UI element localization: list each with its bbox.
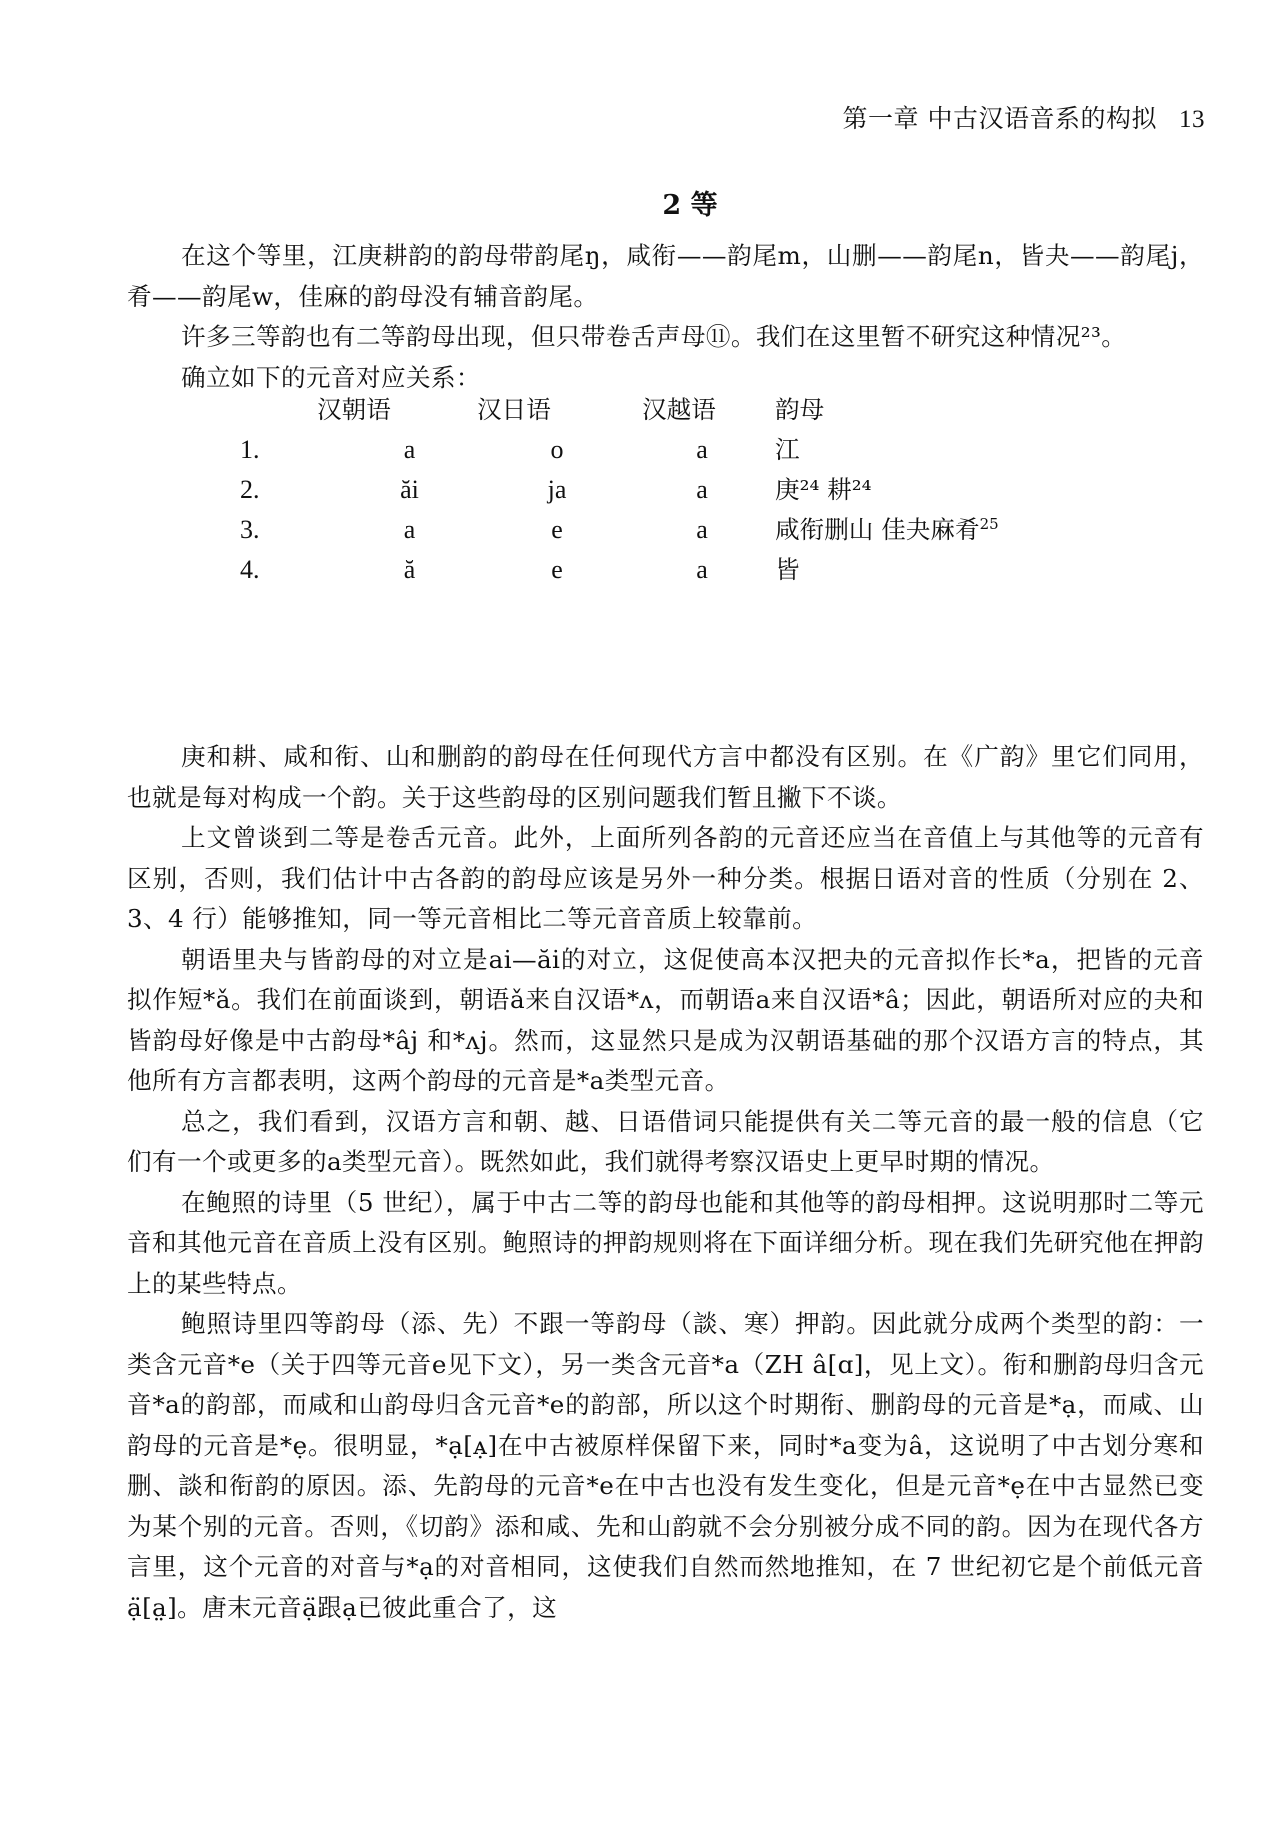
sino-vietnamese-cell: a [637, 470, 767, 510]
sino-japanese-cell: o [492, 430, 622, 470]
sino-japanese-cell: ja [492, 470, 622, 510]
table-row: 4. ă e a 皆 [127, 550, 1204, 590]
row-number: 3. [240, 510, 260, 550]
paragraph: 鲍照诗里四等韵母（添、先）不跟一等韵母（談、寒）押韵。因此就分成两个类型的韵：一… [127, 1304, 1204, 1628]
table-header-row: 汉朝语 汉日语 汉越语 韵母 [127, 390, 1204, 430]
sino-vietnamese-cell: a [637, 550, 767, 590]
sino-vietnamese-cell: a [637, 430, 767, 470]
paragraph: 庚和耕、咸和衔、山和删韵的韵母在任何现代方言中都没有区别。在《广韵》里它们同用，… [127, 737, 1204, 818]
sino-korean-cell: a [352, 510, 467, 550]
sino-korean-cell: ă [352, 550, 467, 590]
chapter-title: 第一章 中古汉语音系的构拟 [843, 104, 1157, 133]
section-title: 2 等 [0, 190, 1280, 222]
rhymes-cell: 庚²⁴ 耕²⁴ [775, 470, 871, 510]
main-paragraphs: 庚和耕、咸和衔、山和删韵的韵母在任何现代方言中都没有区别。在《广韵》里它们同用，… [127, 737, 1204, 1628]
row-number: 1. [240, 430, 260, 470]
column-header: 汉日语 [477, 390, 607, 430]
sino-vietnamese-cell: a [637, 510, 767, 550]
paragraph: 在这个等里，江庚耕韵的韵母带韵尾ŋ，咸衔——韵尾m，山删——韵尾n，皆夬——韵尾… [127, 236, 1204, 317]
row-number: 2. [240, 470, 260, 510]
paragraph: 朝语里夬与皆韵母的对立是ai—ăi的对立，这促使高本汉把夬的元音拟作长*a，把皆… [127, 940, 1204, 1102]
paragraph: 许多三等韵也有二等韵母出现，但只带卷舌声母⑪。我们在这里暂不研究这种情况²³。 [127, 317, 1204, 358]
paragraph: 上文曾谈到二等是卷舌元音。此外，上面所列各韵的元音还应当在音值上与其他等的元音有… [127, 818, 1204, 940]
rhymes-cell: 皆 [775, 550, 800, 590]
row-number: 4. [240, 550, 260, 590]
rhymes-cell: 咸衔删山 佳夬麻肴25 [775, 510, 999, 550]
sino-korean-cell: a [352, 430, 467, 470]
intro-paragraphs: 在这个等里，江庚耕韵的韵母带韵尾ŋ，咸衔——韵尾m，山删——韵尾n，皆夬——韵尾… [127, 236, 1204, 398]
paragraph: 总之，我们看到，汉语方言和朝、越、日语借词只能提供有关二等元音的最一般的信息（它… [127, 1102, 1204, 1183]
sino-japanese-cell: e [492, 510, 622, 550]
sino-japanese-cell: e [492, 550, 622, 590]
page-number: 13 [1179, 106, 1205, 133]
column-header: 汉越语 [642, 390, 772, 430]
running-header: 第一章 中古汉语音系的构拟13 [800, 104, 1205, 135]
column-header: 汉朝语 [317, 390, 432, 430]
rhymes-text: 咸衔删山 佳夬麻肴 [775, 515, 980, 544]
sino-korean-cell: ăi [352, 470, 467, 510]
rhymes-cell: 江 [775, 430, 800, 470]
table-row: 1. a o a 江 [127, 430, 1204, 470]
table-row: 3. a e a 咸衔删山 佳夬麻肴25 [127, 510, 1204, 550]
footnote-ref: 25 [980, 515, 999, 533]
paragraph: 在鲍照的诗里（5 世纪），属于中古二等的韵母也能和其他等的韵母相押。这说明那时二… [127, 1183, 1204, 1305]
table-row: 2. ăi ja a 庚²⁴ 耕²⁴ [127, 470, 1204, 510]
column-header: 韵母 [775, 390, 824, 430]
